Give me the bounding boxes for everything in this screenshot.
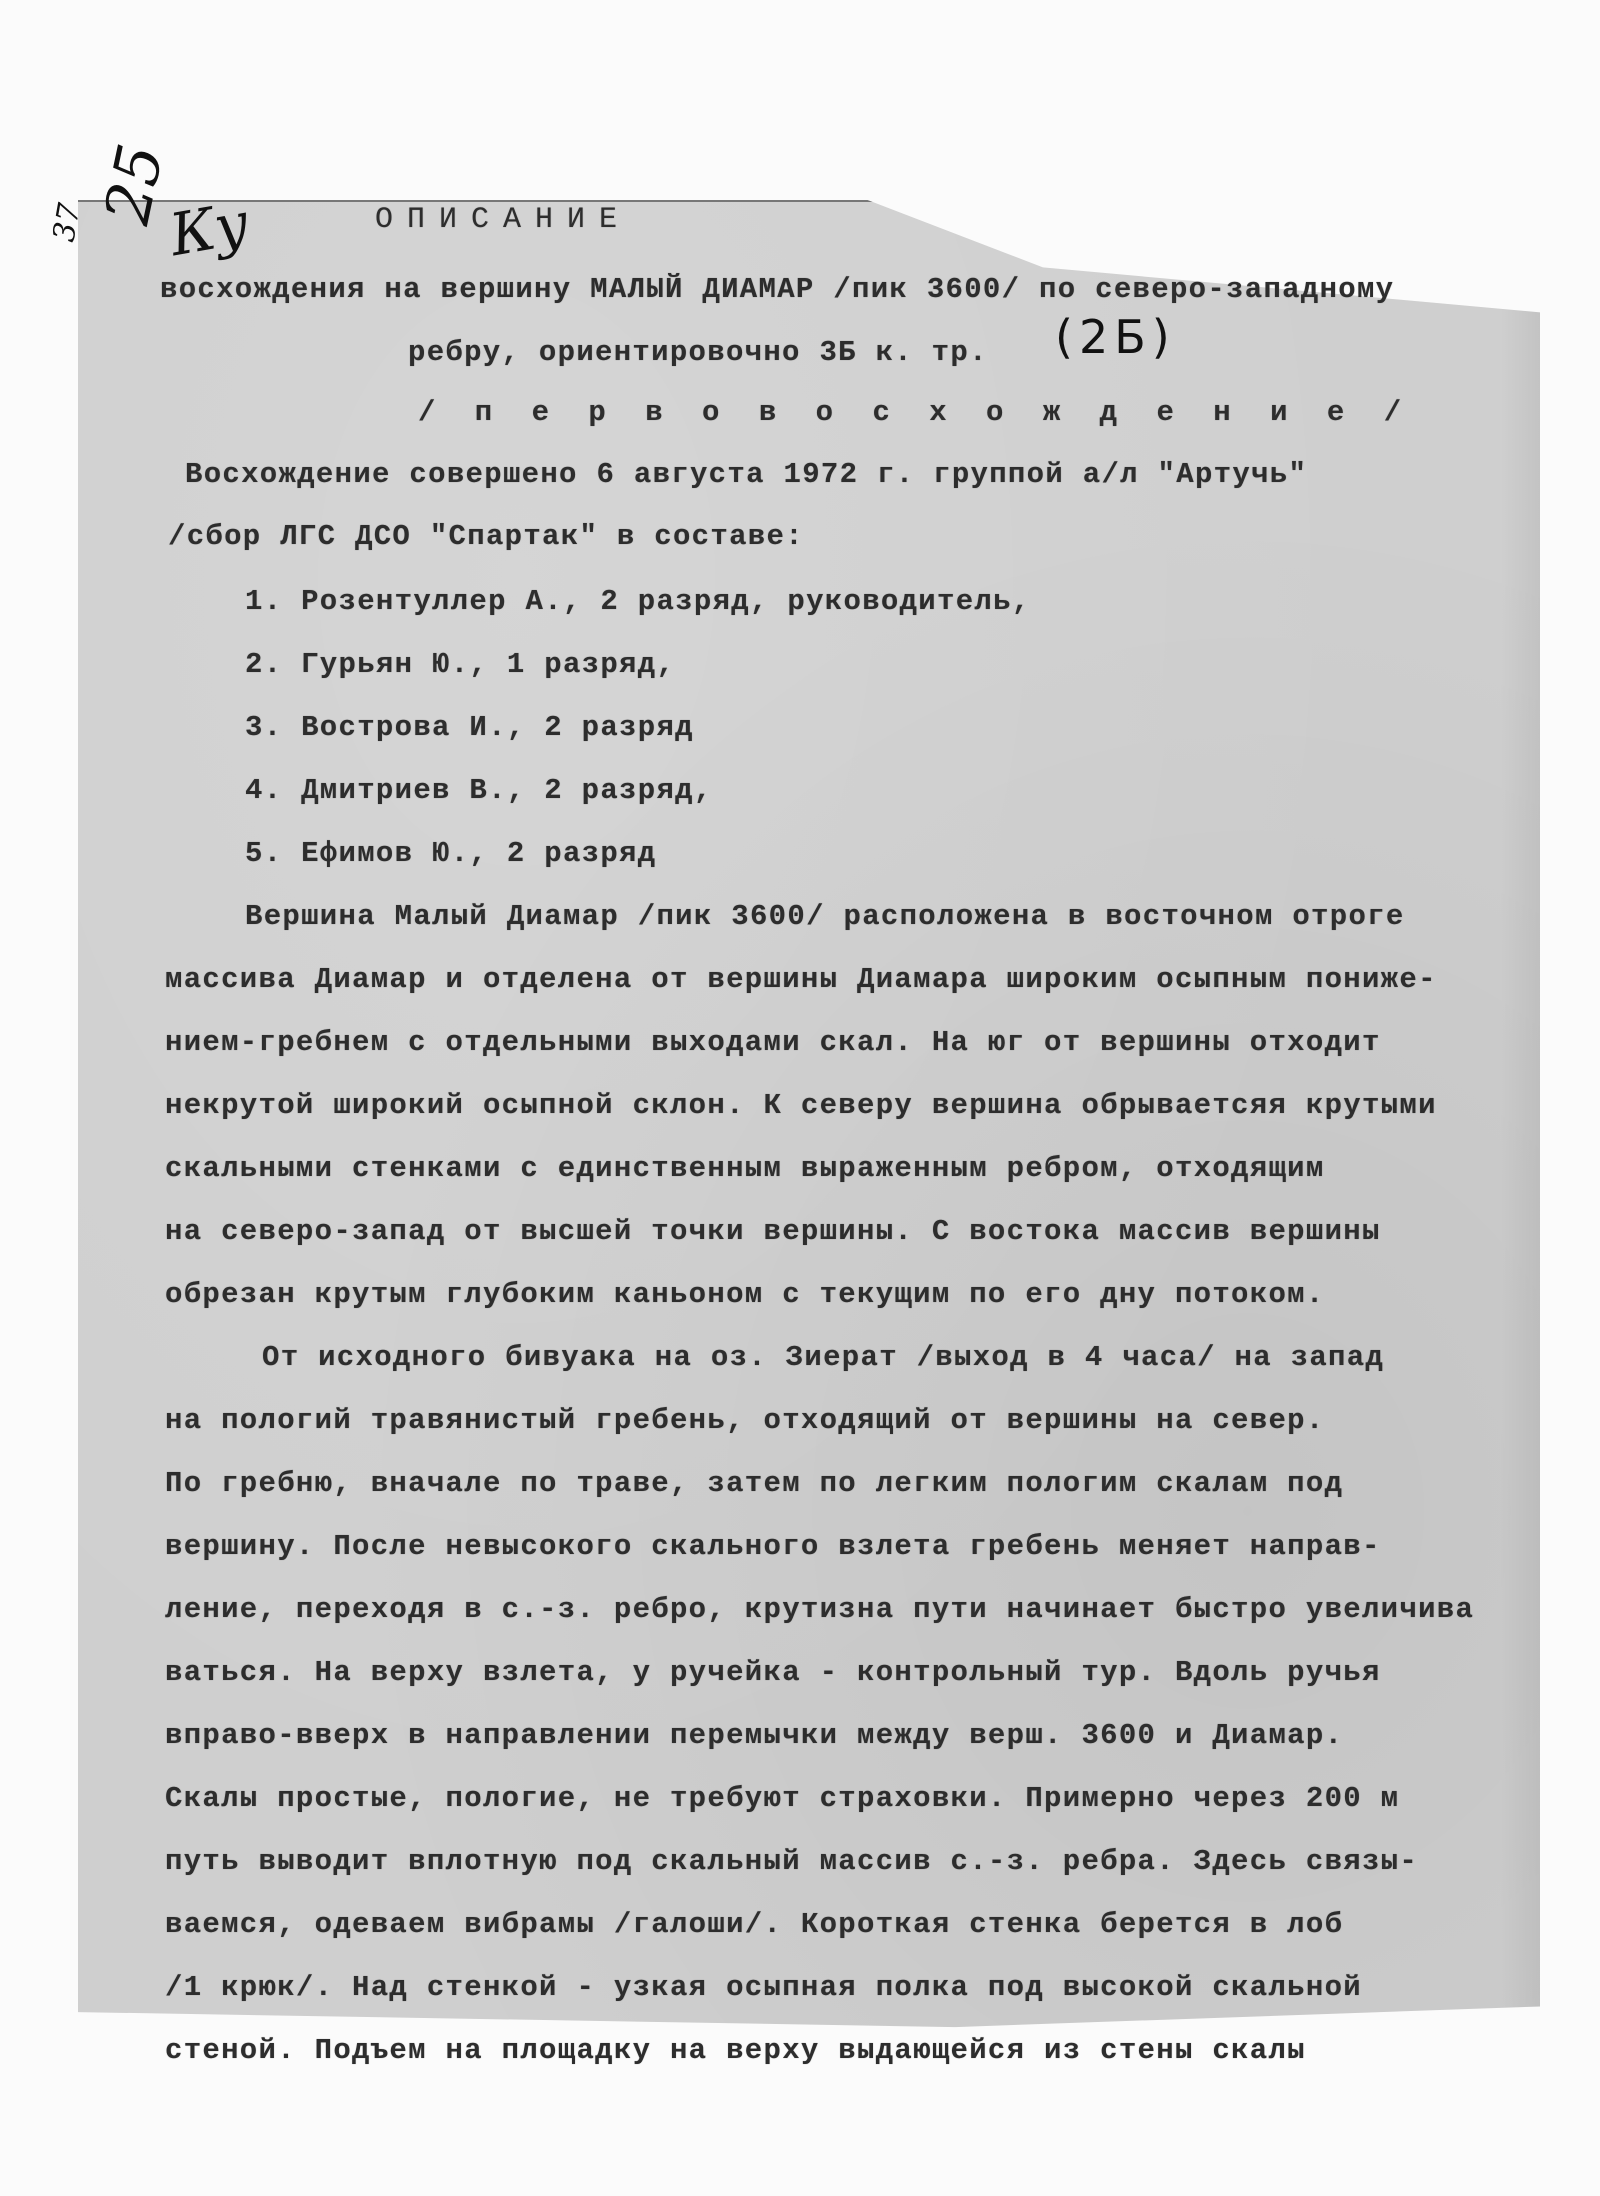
handwritten-category-mark: (2Б) bbox=[1055, 310, 1176, 364]
paragraph-line: стеной. Подъем на площадку на верху выда… bbox=[165, 2036, 1306, 2065]
paragraph-line: Скалы простые, пологие, не требуют страх… bbox=[165, 1784, 1399, 1813]
paragraph-line: на северо-запад от высшей точки вершины.… bbox=[165, 1217, 1381, 1246]
handwritten-edge-mark: 37 bbox=[47, 201, 88, 245]
first-ascent-note: / п е р в о в о с х о ж д е н и е / bbox=[418, 398, 1412, 427]
participant-item: 1. Розентуллер А., 2 разряд, руководител… bbox=[245, 587, 1031, 616]
paragraph-line: вправо-вверх в направлении перемычки меж… bbox=[165, 1721, 1343, 1750]
paragraph-line: массива Диамар и отделена от вершины Диа… bbox=[165, 965, 1437, 994]
paragraph-line: ваемся, одеваем вибрамы /галоши/. Коротк… bbox=[165, 1910, 1343, 1939]
participant-item: 3. Вострова И., 2 разряд bbox=[245, 713, 694, 742]
paragraph-line: /1 крюк/. Над стенкой - узкая осыпная по… bbox=[165, 1973, 1362, 2002]
handwritten-initials: Ку bbox=[165, 189, 254, 270]
paragraph-line: Вершина Малый Диамар /пик 3600/ располож… bbox=[245, 902, 1405, 931]
subtitle-line-2: ребру, ориентировочно 3Б к. тр. bbox=[408, 338, 988, 367]
paragraph-line: нием-гребнем с отдельными выходами скал.… bbox=[165, 1028, 1381, 1057]
intro-line-2: /сбор ЛГС ДСО "Спартак" в составе: bbox=[168, 522, 804, 551]
paragraph-line: некрутой широкий осыпной склон. К северу… bbox=[165, 1091, 1437, 1120]
paragraph-line: на пологий травянистый гребень, отходящи… bbox=[165, 1406, 1325, 1435]
paragraph-line: путь выводит вплотную под скальный масси… bbox=[165, 1847, 1418, 1876]
paragraph-line: По гребню, вначале по траве, затем по ле… bbox=[165, 1469, 1343, 1498]
participant-item: 2. Гурьян Ю., 1 разряд, bbox=[245, 650, 675, 679]
paragraph-line: скальными стенками с единственным выраже… bbox=[165, 1154, 1325, 1183]
participant-item: 4. Дмитриев В., 2 разряд, bbox=[245, 776, 713, 805]
subtitle-line-1: восхождения на вершину МАЛЫЙ ДИАМАР /пик… bbox=[160, 275, 1394, 304]
paragraph-line: ваться. На верху взлета, у ручейка - кон… bbox=[165, 1658, 1381, 1687]
document-title: ОПИСАНИЕ bbox=[375, 205, 631, 235]
intro-line-1: Восхождение совершено 6 августа 1972 г. … bbox=[185, 460, 1307, 489]
paragraph-line: обрезан крутым глубоким каньоном с текущ… bbox=[165, 1280, 1325, 1309]
participant-item: 5. Ефимов Ю., 2 разряд bbox=[245, 839, 656, 868]
paragraph-line: вершину. После невысокого скального взле… bbox=[165, 1532, 1381, 1561]
paragraph-line: ление, переходя в с.-з. ребро, крутизна … bbox=[165, 1595, 1474, 1624]
paragraph-line: От исходного бивуака на оз. Зиерат /выхо… bbox=[262, 1343, 1384, 1372]
